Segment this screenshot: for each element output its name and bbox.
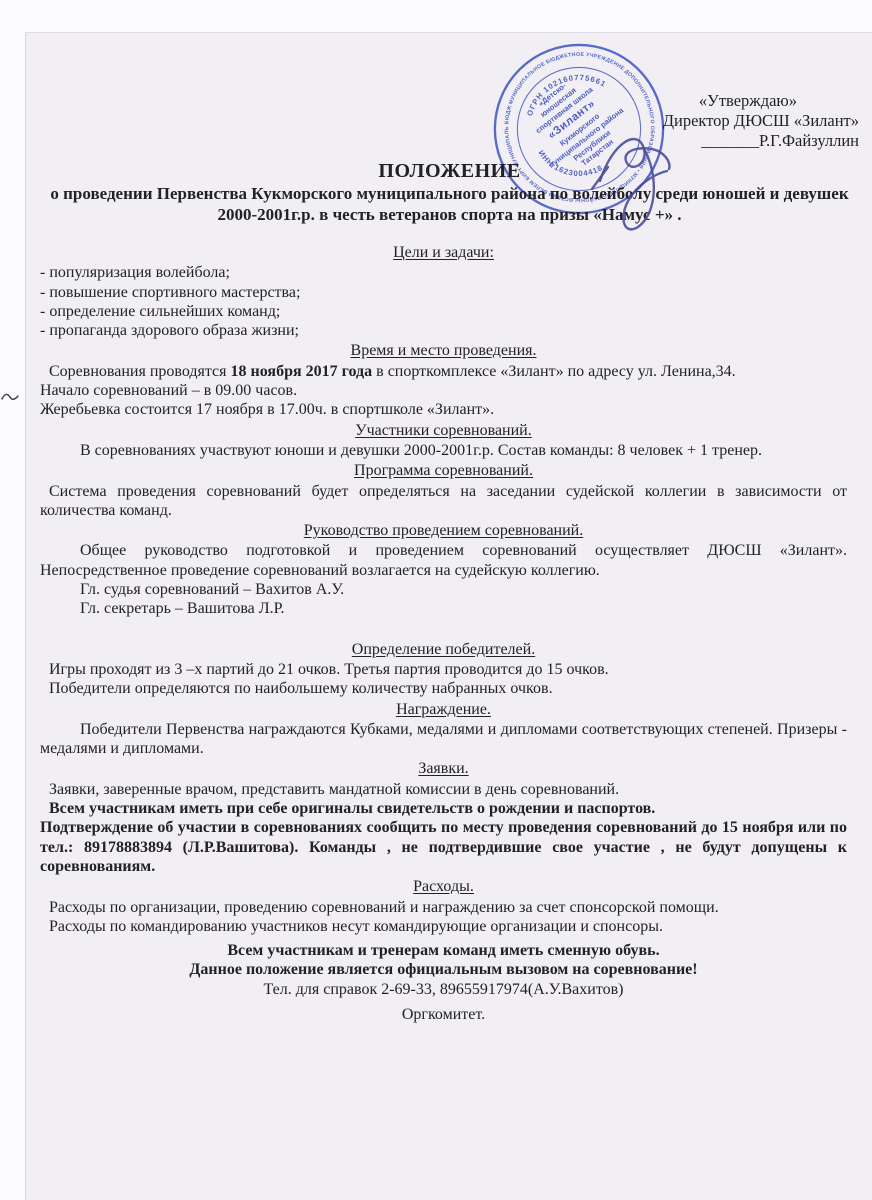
spacer (40, 619, 847, 639)
section-heading: Участники соревнований. (40, 421, 847, 440)
text-run: 18 ноября 2017 года (231, 363, 373, 380)
paragraph: Победители Первенства награждаются Кубка… (40, 720, 847, 759)
paragraph: Расходы по командированию участников нес… (40, 917, 847, 936)
paragraph: Оргкомитет. (40, 1005, 847, 1024)
section-heading: Время и место проведения. (40, 341, 847, 360)
section-heading: Руководство проведением соревнований. (40, 521, 847, 540)
paragraph: Игры проходят из 3 –х партий до 21 очков… (40, 660, 847, 679)
paragraph: Жеребьевка состоится 17 ноября в 17.00ч.… (40, 400, 847, 419)
paragraph: В соревнованиях участвуют юноши и девушк… (40, 441, 847, 460)
text-run: Соревнования проводятся (49, 363, 231, 380)
paragraph: Тел. для справок 2-69-33, 89655917974(А.… (40, 980, 847, 999)
page-root: { "page": { "approval": { "line1": "«Утв… (0, 0, 872, 1200)
paragraph: Победители определяются по наибольшему к… (40, 679, 847, 698)
paragraph: Данное положение является официальным вы… (40, 960, 847, 979)
paragraph: Подтверждение об участии в соревнованиях… (40, 818, 847, 876)
scanned-page: МУНИЦИПАЛЬНОЕ БЮДЖЕТНОЕ УЧРЕЖДЕНИЕ ДОПОЛ… (25, 32, 872, 1200)
paragraph: - повышение спортивного мастерства; (40, 283, 847, 302)
paragraph: Начало соревнований – в 09.00 часов. (40, 381, 847, 400)
paragraph: Соревнования проводятся 18 ноября 2017 г… (40, 362, 847, 381)
section-heading: Цели и задачи: (40, 243, 847, 262)
approval-line-1: «Утверждаю» (663, 91, 859, 111)
signature (586, 113, 721, 253)
doc-title: ПОЛОЖЕНИЕ (26, 160, 872, 183)
paragraph: Заявки, заверенные врачом, представить м… (40, 780, 847, 799)
section-heading: Определение победителей. (40, 640, 847, 659)
section-heading: Награждение. (40, 700, 847, 719)
section-heading: Заявки. (40, 759, 847, 778)
paragraph: Гл. секретарь – Вашитова Л.Р. (40, 599, 847, 618)
pen-mark-stroke (2, 394, 18, 399)
section-heading: Расходы. (40, 877, 847, 896)
paragraph: Всем участникам иметь при себе оригиналы… (40, 799, 847, 818)
paragraph: - популяризация волейбола; (40, 263, 847, 282)
doc-subtitle: о проведении Первенства Кукморского муни… (50, 184, 850, 225)
paragraph: Общее руководство подготовкой и проведен… (40, 541, 847, 580)
document-body: Цели и задачи:- популяризация волейбола;… (26, 243, 872, 1024)
paragraph: - пропаганда здорового образа жизни; (40, 321, 847, 340)
paragraph: - определение сильнейших команд; (40, 302, 847, 321)
paragraph: Всем участникам и тренерам команд иметь … (40, 941, 847, 960)
pen-mark (0, 388, 22, 406)
section-heading: Программа соревнований. (40, 461, 847, 480)
paragraph: Система проведения соревнований будет оп… (40, 482, 847, 521)
text-run: в спорткомплексе «Зилант» по адресу ул. … (372, 363, 736, 380)
signature-stroke (623, 149, 667, 229)
paragraph: Расходы по организации, проведению сорев… (40, 898, 847, 917)
paragraph: Гл. судья соревнований – Вахитов А.У. (40, 580, 847, 599)
